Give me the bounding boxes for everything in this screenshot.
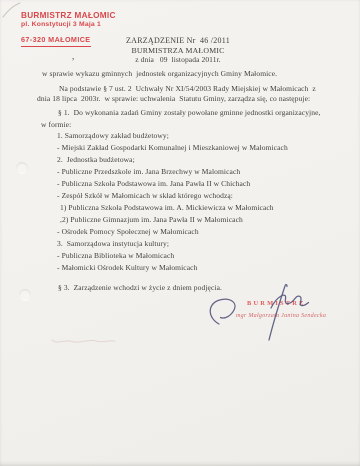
org-units-list: 1. Samorządowy zakład budżetowy; - Miejs… xyxy=(57,130,288,274)
list-item: 2. Jednostka budżetowa; xyxy=(57,154,288,166)
pencil-scribble xyxy=(48,331,120,349)
hole-punch-bottom xyxy=(19,289,31,301)
list-item: - Publiczna Biblioteka w Małomicach xyxy=(57,250,288,262)
hole-punch-top xyxy=(16,162,28,174)
ordinance-date-line: z dnia 09 listopada 2011r. xyxy=(0,55,356,64)
paragraph-1-line-2: w formie: xyxy=(41,120,71,129)
list-item: 3. Samorządowa instytucja kultury; xyxy=(57,238,288,250)
list-subitem: 1) Publiczna Szkoła Podstawowa im. A. Mi… xyxy=(57,202,288,214)
document-page: BURMISTRZ MAŁOMIC pl. Konstytucji 3 Maja… xyxy=(0,0,360,466)
paragraph-3-line: § 3. Zarządzenie wchodzi w życie z dniem… xyxy=(58,283,222,292)
handwritten-signature xyxy=(205,282,345,344)
list-item: - Miejski Zakład Gospodarki Komunalnej i… xyxy=(57,142,288,154)
paragraph-1-line-1: § 1. Do wykonania zadań Gminy zostały po… xyxy=(58,108,321,117)
legal-basis-line-1: Na podstawie § 7 ust. 2 Uchwały Nr XI/54… xyxy=(59,84,316,93)
list-item: - Publiczna Szkoła Podstawowa im. Jana P… xyxy=(57,178,288,190)
list-item: 1. Samorządowy zakład budżetowy; xyxy=(57,130,288,142)
ordinance-title-line: ZARZĄDZENIE Nr 46 /2011 xyxy=(0,36,356,45)
stamp-address: pl. Konstytucji 3 Maja 1 xyxy=(21,21,116,29)
stray-comma-mark: , xyxy=(72,52,74,61)
list-item: - Małomicki Ośrodek Kultury w Małomicach xyxy=(57,262,288,274)
subject-line: w sprawie wykazu gminnych jednostek orga… xyxy=(42,69,277,78)
list-subitem: ,2) Publiczne Gimnazjum im. Jana Pawła I… xyxy=(57,214,288,226)
list-item: - Publiczne Przedszkole im. Jana Brzechw… xyxy=(57,166,288,178)
stamp-org-name: BURMISTRZ MAŁOMIC xyxy=(21,11,116,20)
ordinance-issuer-line: BURMISTRZA MAŁOMIC xyxy=(0,46,356,55)
list-item: - Ośrodek Pomocy Społecznej w Małomicach xyxy=(57,226,288,238)
list-item: - Zespół Szkół w Małomicach w skład któr… xyxy=(57,190,288,202)
legal-basis-line-2: dnia 18 lipca 2003r. w sprawie: uchwalen… xyxy=(37,94,310,103)
